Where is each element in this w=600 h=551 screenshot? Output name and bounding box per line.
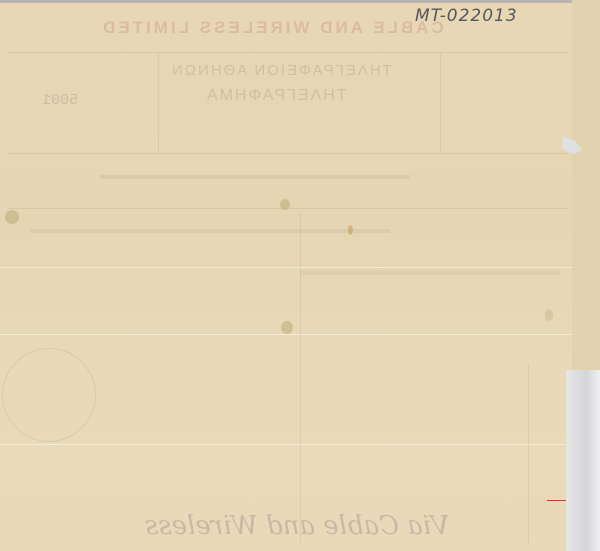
- form-rule: [8, 153, 568, 154]
- stain: [545, 309, 553, 321]
- fold-crease: [0, 444, 572, 445]
- fold-crease: [0, 334, 572, 335]
- typed-text-showthrough: [100, 175, 410, 179]
- typed-text-showthrough: [30, 229, 390, 233]
- stain: [281, 321, 293, 334]
- form-rule: [8, 52, 568, 53]
- typed-text-showthrough: [300, 270, 560, 275]
- scan-background-top-right: [572, 0, 600, 370]
- company-header-showthrough: CABLE AND WIRELESS LIMITED: [100, 18, 444, 38]
- stain: [280, 199, 290, 210]
- fold-crease: [0, 267, 572, 268]
- signature-showthrough: Via Cable and Wireless: [145, 511, 449, 541]
- stain: [348, 225, 353, 235]
- telegram-paper: CABLE AND WIRELESS LIMITED ΤΗΛΕΓΡΑΦΕΙΟΝ …: [0, 3, 572, 551]
- stain: [5, 210, 19, 224]
- form-rule: [440, 53, 441, 153]
- faint-stamp-circle: [2, 348, 96, 442]
- red-pencil-mark: [547, 500, 567, 501]
- form-rule: [158, 53, 159, 153]
- form-rule: [528, 363, 529, 543]
- greek-title-line1-showthrough: ΤΗΛΕΓΡΑΦΕΙΟΝ ΑΘΗΝΩΝ: [170, 62, 392, 79]
- greek-title-line2-showthrough: ΤΗΛΕΓΡΑΦΗΜΑ: [205, 87, 347, 105]
- archive-reference-handwritten: MT-022013: [415, 6, 518, 26]
- form-rule: [300, 213, 301, 543]
- scan-backing-white: [566, 370, 600, 551]
- form-number-showthrough: 5001: [42, 92, 78, 109]
